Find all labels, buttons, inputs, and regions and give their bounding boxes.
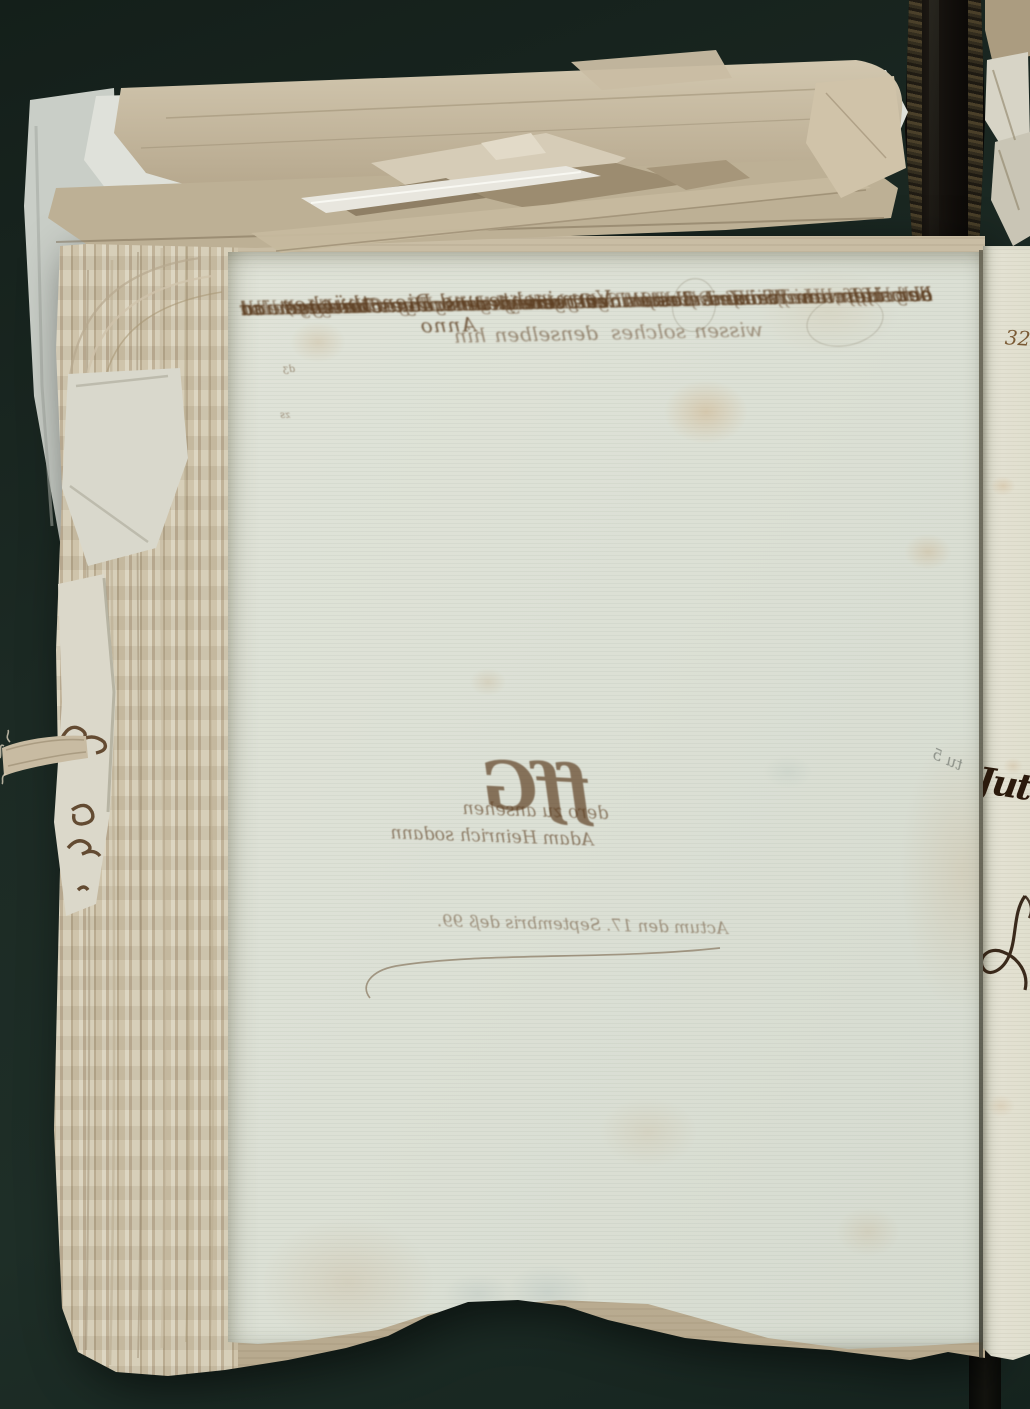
heading-gap: [932, 279, 933, 305]
margin-mark: ʒt: [280, 300, 290, 311]
bleedthrough-line: erweisen, welches Dienstes zu scheinen s…: [240, 279, 933, 325]
signature-line: Adam Heinrich sodann: [377, 820, 594, 855]
bleedthrough-line: deß Ambtzwanges beregt gebundene werde, …: [247, 282, 763, 356]
main-parchment-slab: [114, 50, 902, 208]
bleedthrough-line: hat nun sich desselben Statt mit ainer g…: [240, 279, 933, 325]
bleedthrough-closing-line: Actum den 17. Septembris deß 99.: [348, 909, 728, 938]
faint-oval-offset-1: [802, 288, 889, 353]
bleedthrough-line: der die gestellt denselben hin: [407, 286, 598, 353]
diagonal-strip: [251, 176, 871, 253]
strap-sheen: [929, 0, 939, 252]
bleedthrough-line: begrüfft von Weiland das Widerkommen ain…: [240, 279, 933, 325]
strap-braided-edge-right: [968, 0, 983, 252]
folio-number: 32: [1004, 325, 1030, 351]
crumpled-folds: [326, 133, 750, 216]
bleedthrough-line: der Herrschafft zum Underthal nach dem z…: [240, 279, 933, 325]
bleedthrough-line: Nachdem Heinrich auß dem vorgemerckt ist…: [240, 279, 933, 325]
top-right-paper-bundle: [985, 0, 1030, 258]
lower-parchment-band: [48, 158, 898, 248]
shiny-fold-highlight: [301, 166, 601, 213]
photograph-archival-manuscript: Vermischte und Dienstbücher Anno Nachdem…: [0, 0, 1030, 1409]
foxing-stains: [228, 252, 985, 1352]
signature-line: dero zu ansehen: [378, 793, 609, 828]
binding-strap-bottom: [969, 1348, 1001, 1409]
strip-ink-marks: [62, 727, 105, 890]
bleedthrough-line: abzunehmen zur Zeit bekommen, damit der …: [240, 279, 933, 325]
gutter-shadow: [979, 250, 983, 1358]
fore-edge-tone: [50, 230, 238, 1380]
bleedthrough-line: der auff dem Sommer deß L. Obgedachten g…: [240, 279, 933, 325]
stack-corner-arcs: [68, 258, 222, 400]
manuscript-stack: Vermischte und Dienstbücher Anno Nachdem…: [50, 230, 985, 1380]
faint-oval-offset-2: [668, 275, 719, 335]
bleedthrough-text-block: Vermischte und Dienstbücher Anno Nachdem…: [240, 279, 932, 293]
closing-swash: [340, 940, 740, 1010]
under-white-sheet: [84, 70, 908, 210]
bleedthrough-signature: dero zu ansehen Adam Heinrich sodann: [377, 793, 609, 855]
curled-written-strip: [50, 572, 124, 924]
under-sheet: [22, 86, 122, 596]
strap-braided-edge-left: [907, 0, 922, 252]
frayed-cord: [0, 726, 90, 790]
right-crumple: [806, 76, 906, 198]
facing-recto-page: 32 Jut:: [983, 246, 1030, 1362]
bleedthrough-line: selbst schon seiner Gestalt zu verwunder…: [240, 279, 933, 325]
curled-flap: [58, 366, 192, 570]
top-crumpled-parchment: [26, 48, 916, 266]
open-verso-page: Vermischte und Dienstbücher Anno Nachdem…: [228, 252, 985, 1352]
pencil-note: tu 5: [876, 721, 966, 775]
edge-wavy-lines: [86, 242, 213, 1365]
stack-shadow-wrapper: Vermischte und Dienstbücher Anno Nachdem…: [0, 0, 1030, 1409]
bleedthrough-flourish: ffG: [450, 748, 593, 825]
margin-mark: zs: [280, 410, 290, 421]
binding-strap: [903, 0, 987, 252]
fore-edge-detail: [50, 230, 290, 1380]
bleedthrough-heading: Vermischte und Dienstbücher Anno: [262, 285, 633, 341]
margin-mark: dʒ: [283, 364, 295, 375]
page-fore-edges: [50, 230, 238, 1380]
